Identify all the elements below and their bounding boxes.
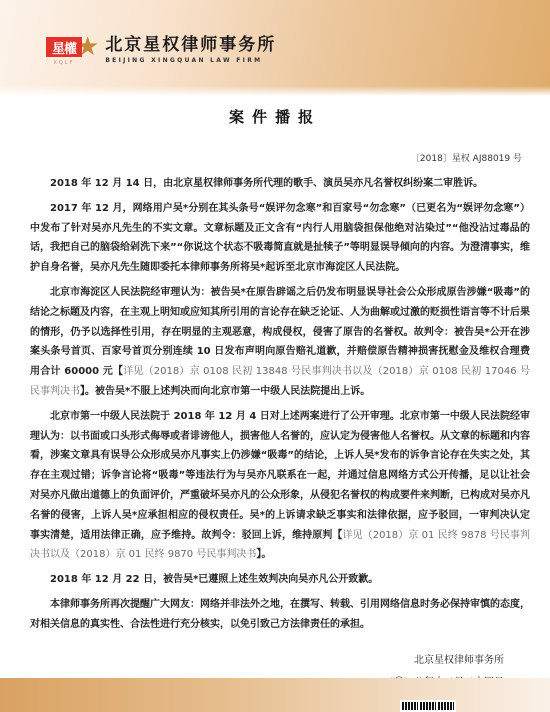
footer-band: [0, 678, 550, 712]
firm-name-en: BEIJING XINGQUAN LAW FIRM: [105, 57, 276, 64]
paragraph: 北京市第一中级人民法院于 2018 年 12 月 4 日对上述两案进行了公开审理…: [30, 407, 530, 565]
paragraph-text: 2018 年 12 月 22 日，被告吴*已遵照上述生效判决向吴亦凡公开致歉。: [50, 574, 378, 585]
paragraph-text: 本律师事务所再次提醒广大网友：网络并非法外之地，在撰写、转载、引用网络信息时务必…: [30, 599, 530, 630]
signature-firm: 北京星权律师事务所: [384, 650, 504, 672]
paragraph-text: 2017 年 12 月，网络用户吴*分别在其头条号“娱评勿念寒”和百家号“勿念寒…: [30, 203, 530, 273]
paragraph-text: 北京市海淀区人民法院经审理认为：被告吴*在原告辟谣之后仍发布明显误导社会公众形成…: [30, 287, 530, 377]
paragraph: 北京市海淀区人民法院经审理认为：被告吴*在原告辟谣之后仍发布明显误导社会公众形成…: [30, 283, 530, 402]
paragraph-text: 北京市第一中级人民法院于 2018 年 12 月 4 日对上述两案进行了公开审理…: [30, 411, 530, 541]
document-body: 2018 年 12 月 14 日，由北京星权律师事务所代理的歌手、演员吴亦凡名誉…: [30, 174, 530, 640]
letterhead: 星權 XQLF ★ 北京星权律师事务所 BEIJING XINGQUAN LAW…: [0, 0, 550, 96]
seal-logo-icon: 星權 XQLF: [46, 37, 82, 57]
paragraph: 2018 年 12 月 14 日，由北京星权律师事务所代理的歌手、演员吴亦凡名誉…: [30, 174, 530, 194]
firm-name-block: 北京星权律师事务所 BEIJING XINGQUAN LAW FIRM: [105, 30, 276, 64]
firm-name-cn: 北京星权律师事务所: [105, 30, 276, 55]
document-number: 〔2018〕星权 AJ88019 号: [411, 151, 522, 164]
paragraph: 2018 年 12 月 22 日，被告吴*已遵照上述生效判决向吴亦凡公开致歉。: [30, 570, 530, 590]
paragraph: 本律师事务所再次提醒广大网友：网络并非法外之地，在撰写、转载、引用网络信息时务必…: [30, 595, 530, 635]
seal-text: 星權: [52, 38, 76, 57]
seal-subtext: XQLF: [46, 60, 82, 66]
document-title: 案件播报: [0, 106, 550, 127]
paragraph: 2017 年 12 月，网络用户吴*分别在其头条号“娱评勿念寒”和百家号“勿念寒…: [30, 199, 530, 278]
paragraph-tail: 】。: [256, 549, 271, 560]
paragraph-tail: 】。被告吴*不服上述判决而向北京市第一中级人民法院提出上诉。: [80, 386, 370, 397]
paragraph-text: 2018 年 12 月 14 日，由北京星权律师事务所代理的歌手、演员吴亦凡名誉…: [50, 178, 483, 189]
firm-logo: 星權 XQLF ★ 北京星权律师事务所 BEIJING XINGQUAN LAW…: [46, 30, 276, 64]
qr-code-icon: [400, 700, 456, 712]
